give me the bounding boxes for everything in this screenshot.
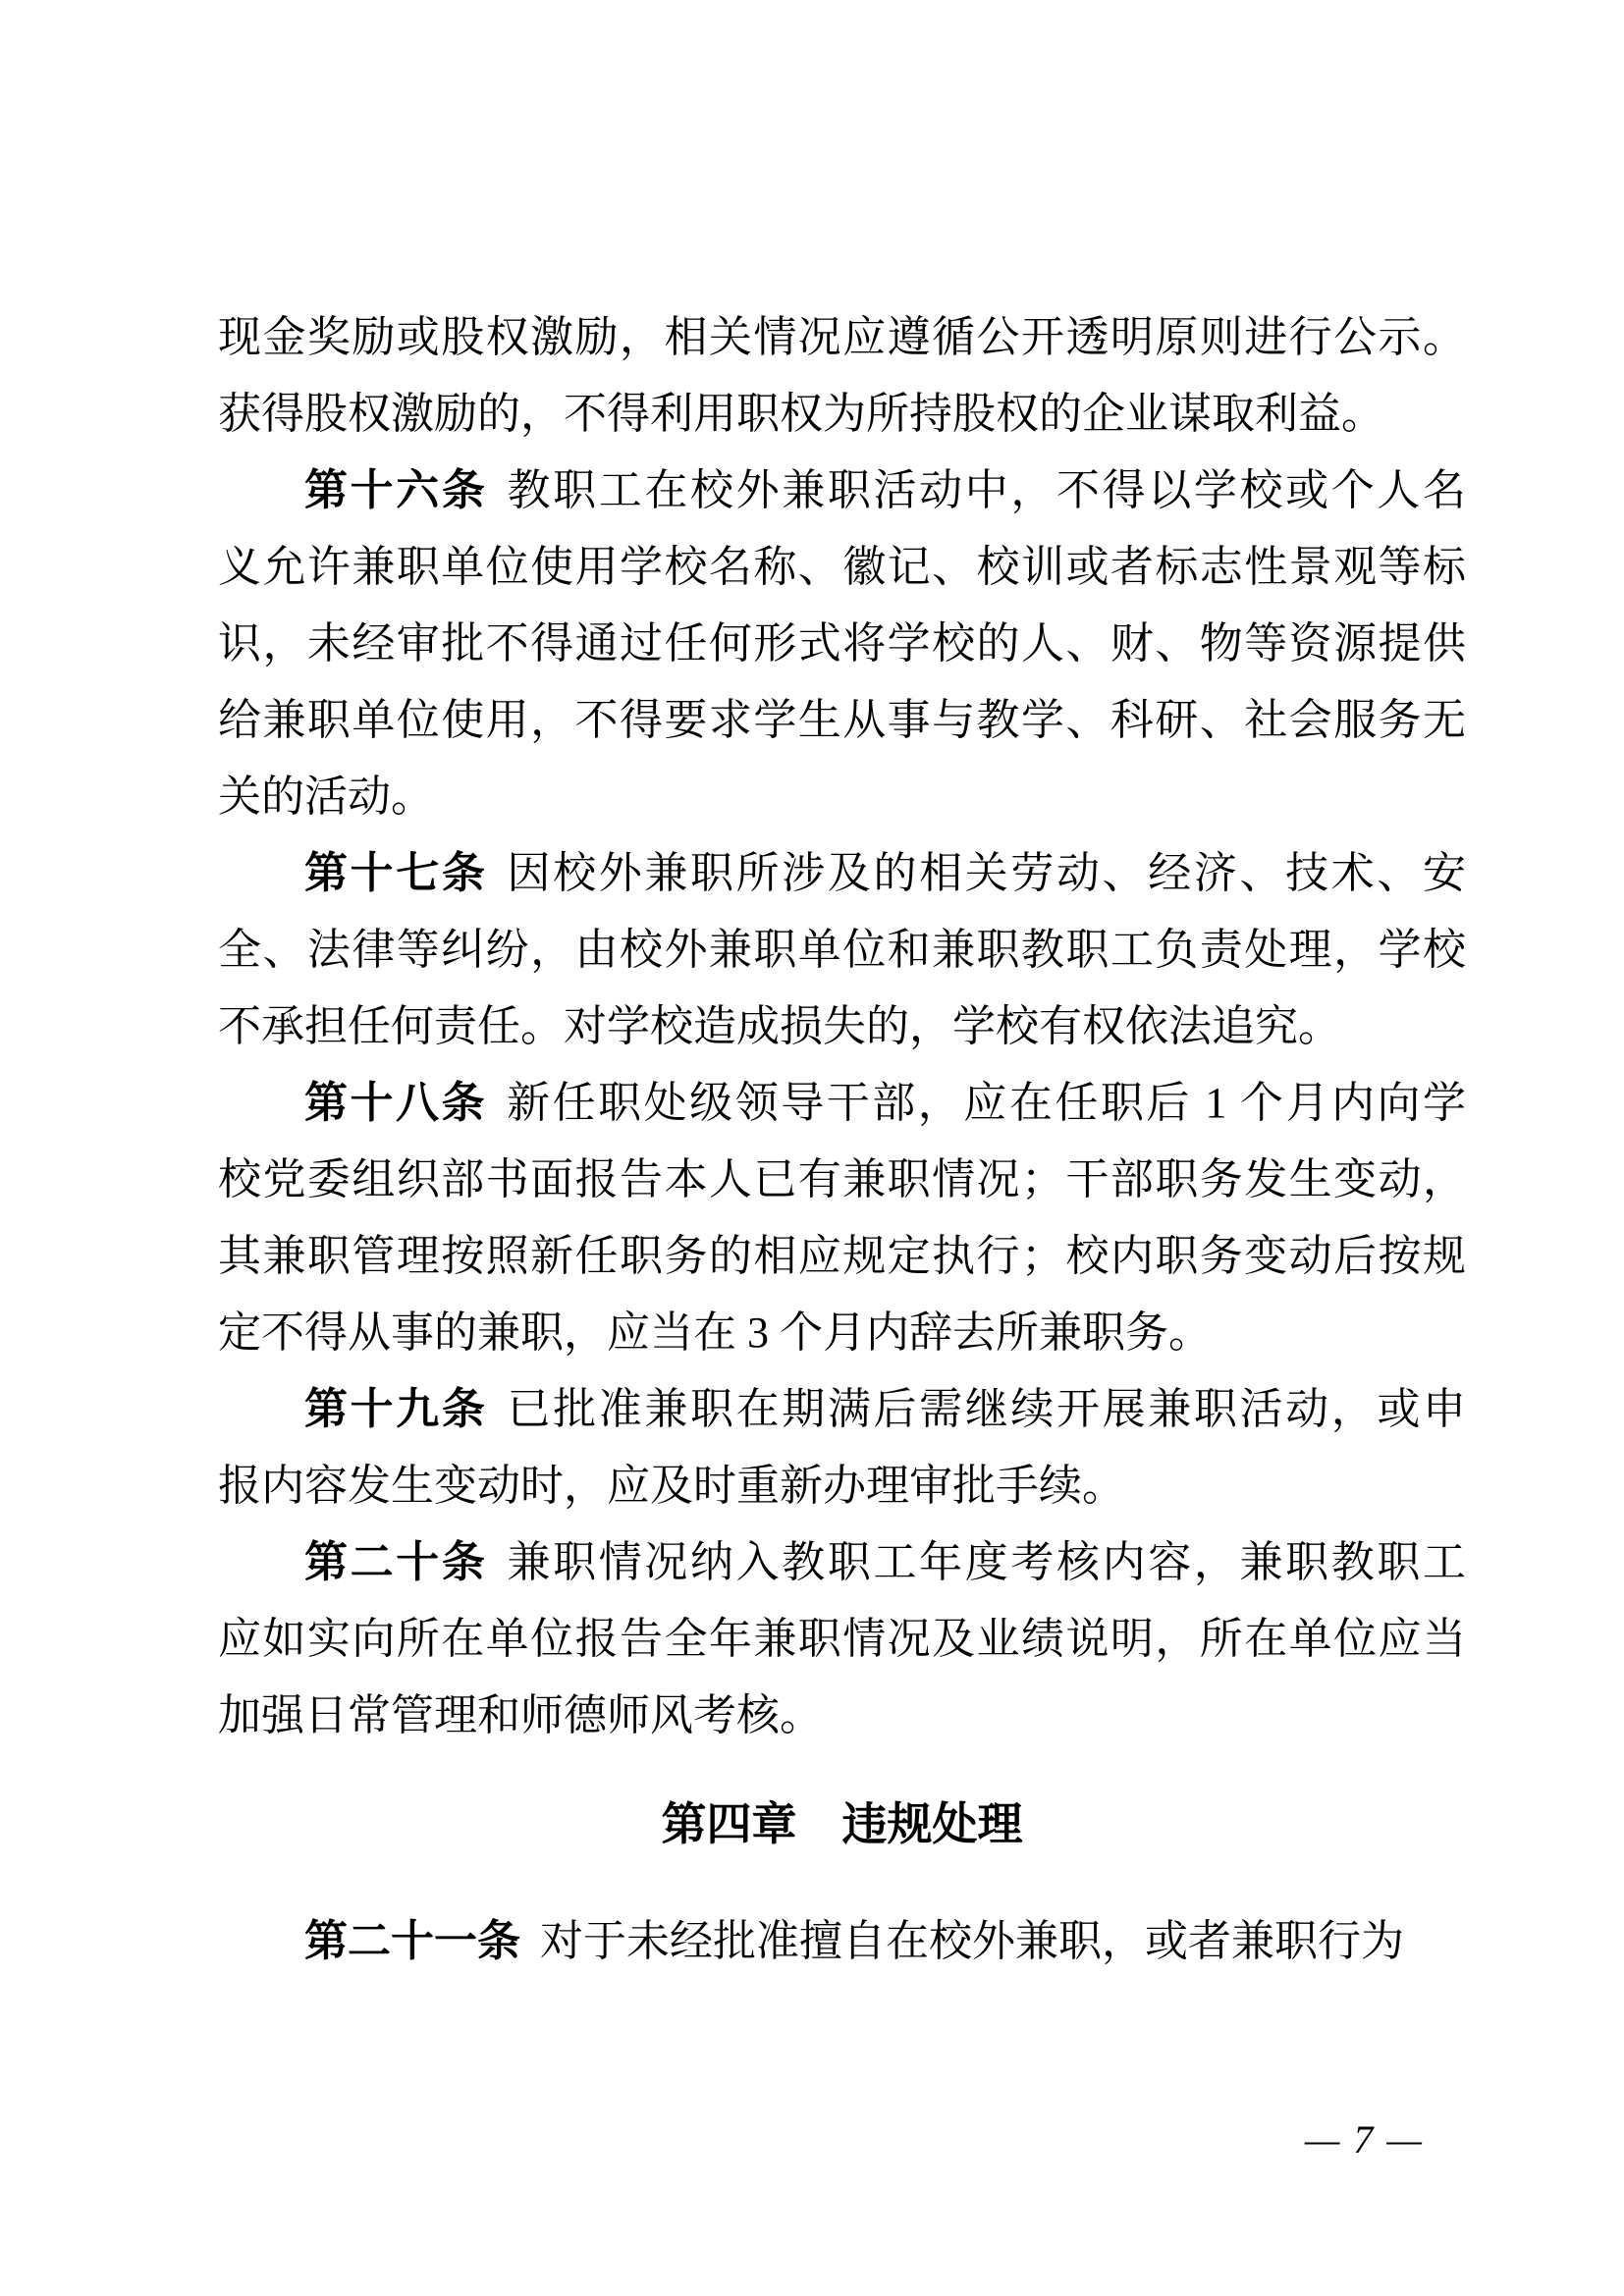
line-text: 新任职处级领导干部，应在任职后 1 个月内向学 [507, 1079, 1466, 1127]
text-line: 其兼职管理按照新任职务的相应规定执行；校内职务变动后按规 [218, 1218, 1466, 1295]
text-line: 第十六条教职工在校外兼职活动中，不得以学校或个人名 [218, 453, 1466, 529]
paragraph-article-16: 第十六条教职工在校外兼职活动中，不得以学校或个人名 义允许兼职单位使用学校名称、… [218, 453, 1466, 835]
line-text: 对于未经批准擅自在校外兼职，或者兼职行为 [540, 1917, 1404, 1965]
text-line: 第十七条因校外兼职所涉及的相关劳动、经济、技术、安 [218, 835, 1466, 912]
line-text: 已批准兼职在期满后需继续开展兼职活动，或申 [508, 1385, 1467, 1433]
text-line: 关的活动。 [218, 759, 1466, 835]
paragraph-article-17: 第十七条因校外兼职所涉及的相关劳动、经济、技术、安 全、法律等纠纷，由校外兼职单… [218, 835, 1466, 1065]
text-line: 第十九条已批准兼职在期满后需继续开展兼职活动，或申 [218, 1371, 1466, 1448]
paragraph-article-18: 第十八条新任职处级领导干部，应在任职后 1 个月内向学 校党委组织部书面报告本人… [218, 1065, 1466, 1371]
text-line: 义允许兼职单位使用学校名称、徽记、校训或者标志性景观等标 [218, 529, 1466, 606]
text-line: 应如实向所在单位报告全年兼职情况及业绩说明，所在单位应当 [218, 1601, 1466, 1678]
article-label: 第十九条 [304, 1385, 488, 1433]
page-number: — 7 — [1305, 2120, 1424, 2160]
text-line: 报内容发生变动时，应及时重新办理审批手续。 [218, 1448, 1466, 1524]
text-line: 定不得从事的兼职，应当在 3 个月内辞去所兼职务。 [218, 1295, 1466, 1371]
text-line: 校党委组织部书面报告本人已有兼职情况；干部职务发生变动， [218, 1142, 1466, 1218]
article-label: 第十七条 [304, 849, 488, 897]
paragraph-article-20: 第二十条兼职情况纳入教职工年度考核内容，兼职教职工 应如实向所在单位报告全年兼职… [218, 1524, 1466, 1754]
text-line: 不承担任何责任。对学校造成损失的，学校有权依法追究。 [218, 988, 1466, 1065]
line-text: 因校外兼职所涉及的相关劳动、经济、技术、安 [508, 849, 1467, 897]
text-line: 第二十一条对于未经批准擅自在校外兼职，或者兼职行为 [218, 1903, 1466, 1980]
text-line: 给兼职单位使用，不得要求学生从事与教学、科研、社会服务无 [218, 682, 1466, 759]
article-label: 第二十一条 [304, 1917, 520, 1965]
text-line: 识，未经审批不得通过任何形式将学校的人、财、物等资源提供 [218, 606, 1466, 682]
line-text: 兼职情况纳入教职工年度考核内容，兼职教职工 [508, 1538, 1467, 1586]
paragraph-article-21: 第二十一条对于未经批准擅自在校外兼职，或者兼职行为 [218, 1903, 1466, 1980]
article-label: 第十六条 [304, 466, 488, 514]
chapter-heading: 第四章 违规处理 [218, 1786, 1466, 1862]
text-line: 现金奖励或股权激励，相关情况应遵循公开透明原则进行公示。 [218, 299, 1466, 376]
text-line: 获得股权激励的，不得利用职权为所持股权的企业谋取利益。 [218, 376, 1466, 453]
document-page: 现金奖励或股权激励，相关情况应遵循公开透明原则进行公示。 获得股权激励的，不得利… [0, 0, 1624, 2296]
text-line: 第十八条新任职处级领导干部，应在任职后 1 个月内向学 [218, 1065, 1466, 1142]
text-line: 全、法律等纠纷，由校外兼职单位和兼职教职工负责处理，学校 [218, 912, 1466, 988]
text-line: 加强日常管理和师德师风考核。 [218, 1678, 1466, 1754]
article-label: 第二十条 [304, 1538, 488, 1586]
article-label: 第十八条 [304, 1079, 487, 1127]
text-line: 第二十条兼职情况纳入教职工年度考核内容，兼职教职工 [218, 1524, 1466, 1601]
document-body: 现金奖励或股权激励，相关情况应遵循公开透明原则进行公示。 获得股权激励的，不得利… [218, 299, 1466, 1980]
paragraph: 现金奖励或股权激励，相关情况应遵循公开透明原则进行公示。 获得股权激励的，不得利… [218, 299, 1466, 453]
paragraph-article-19: 第十九条已批准兼职在期满后需继续开展兼职活动，或申 报内容发生变动时，应及时重新… [218, 1371, 1466, 1524]
line-text: 教职工在校外兼职活动中，不得以学校或个人名 [508, 466, 1467, 514]
